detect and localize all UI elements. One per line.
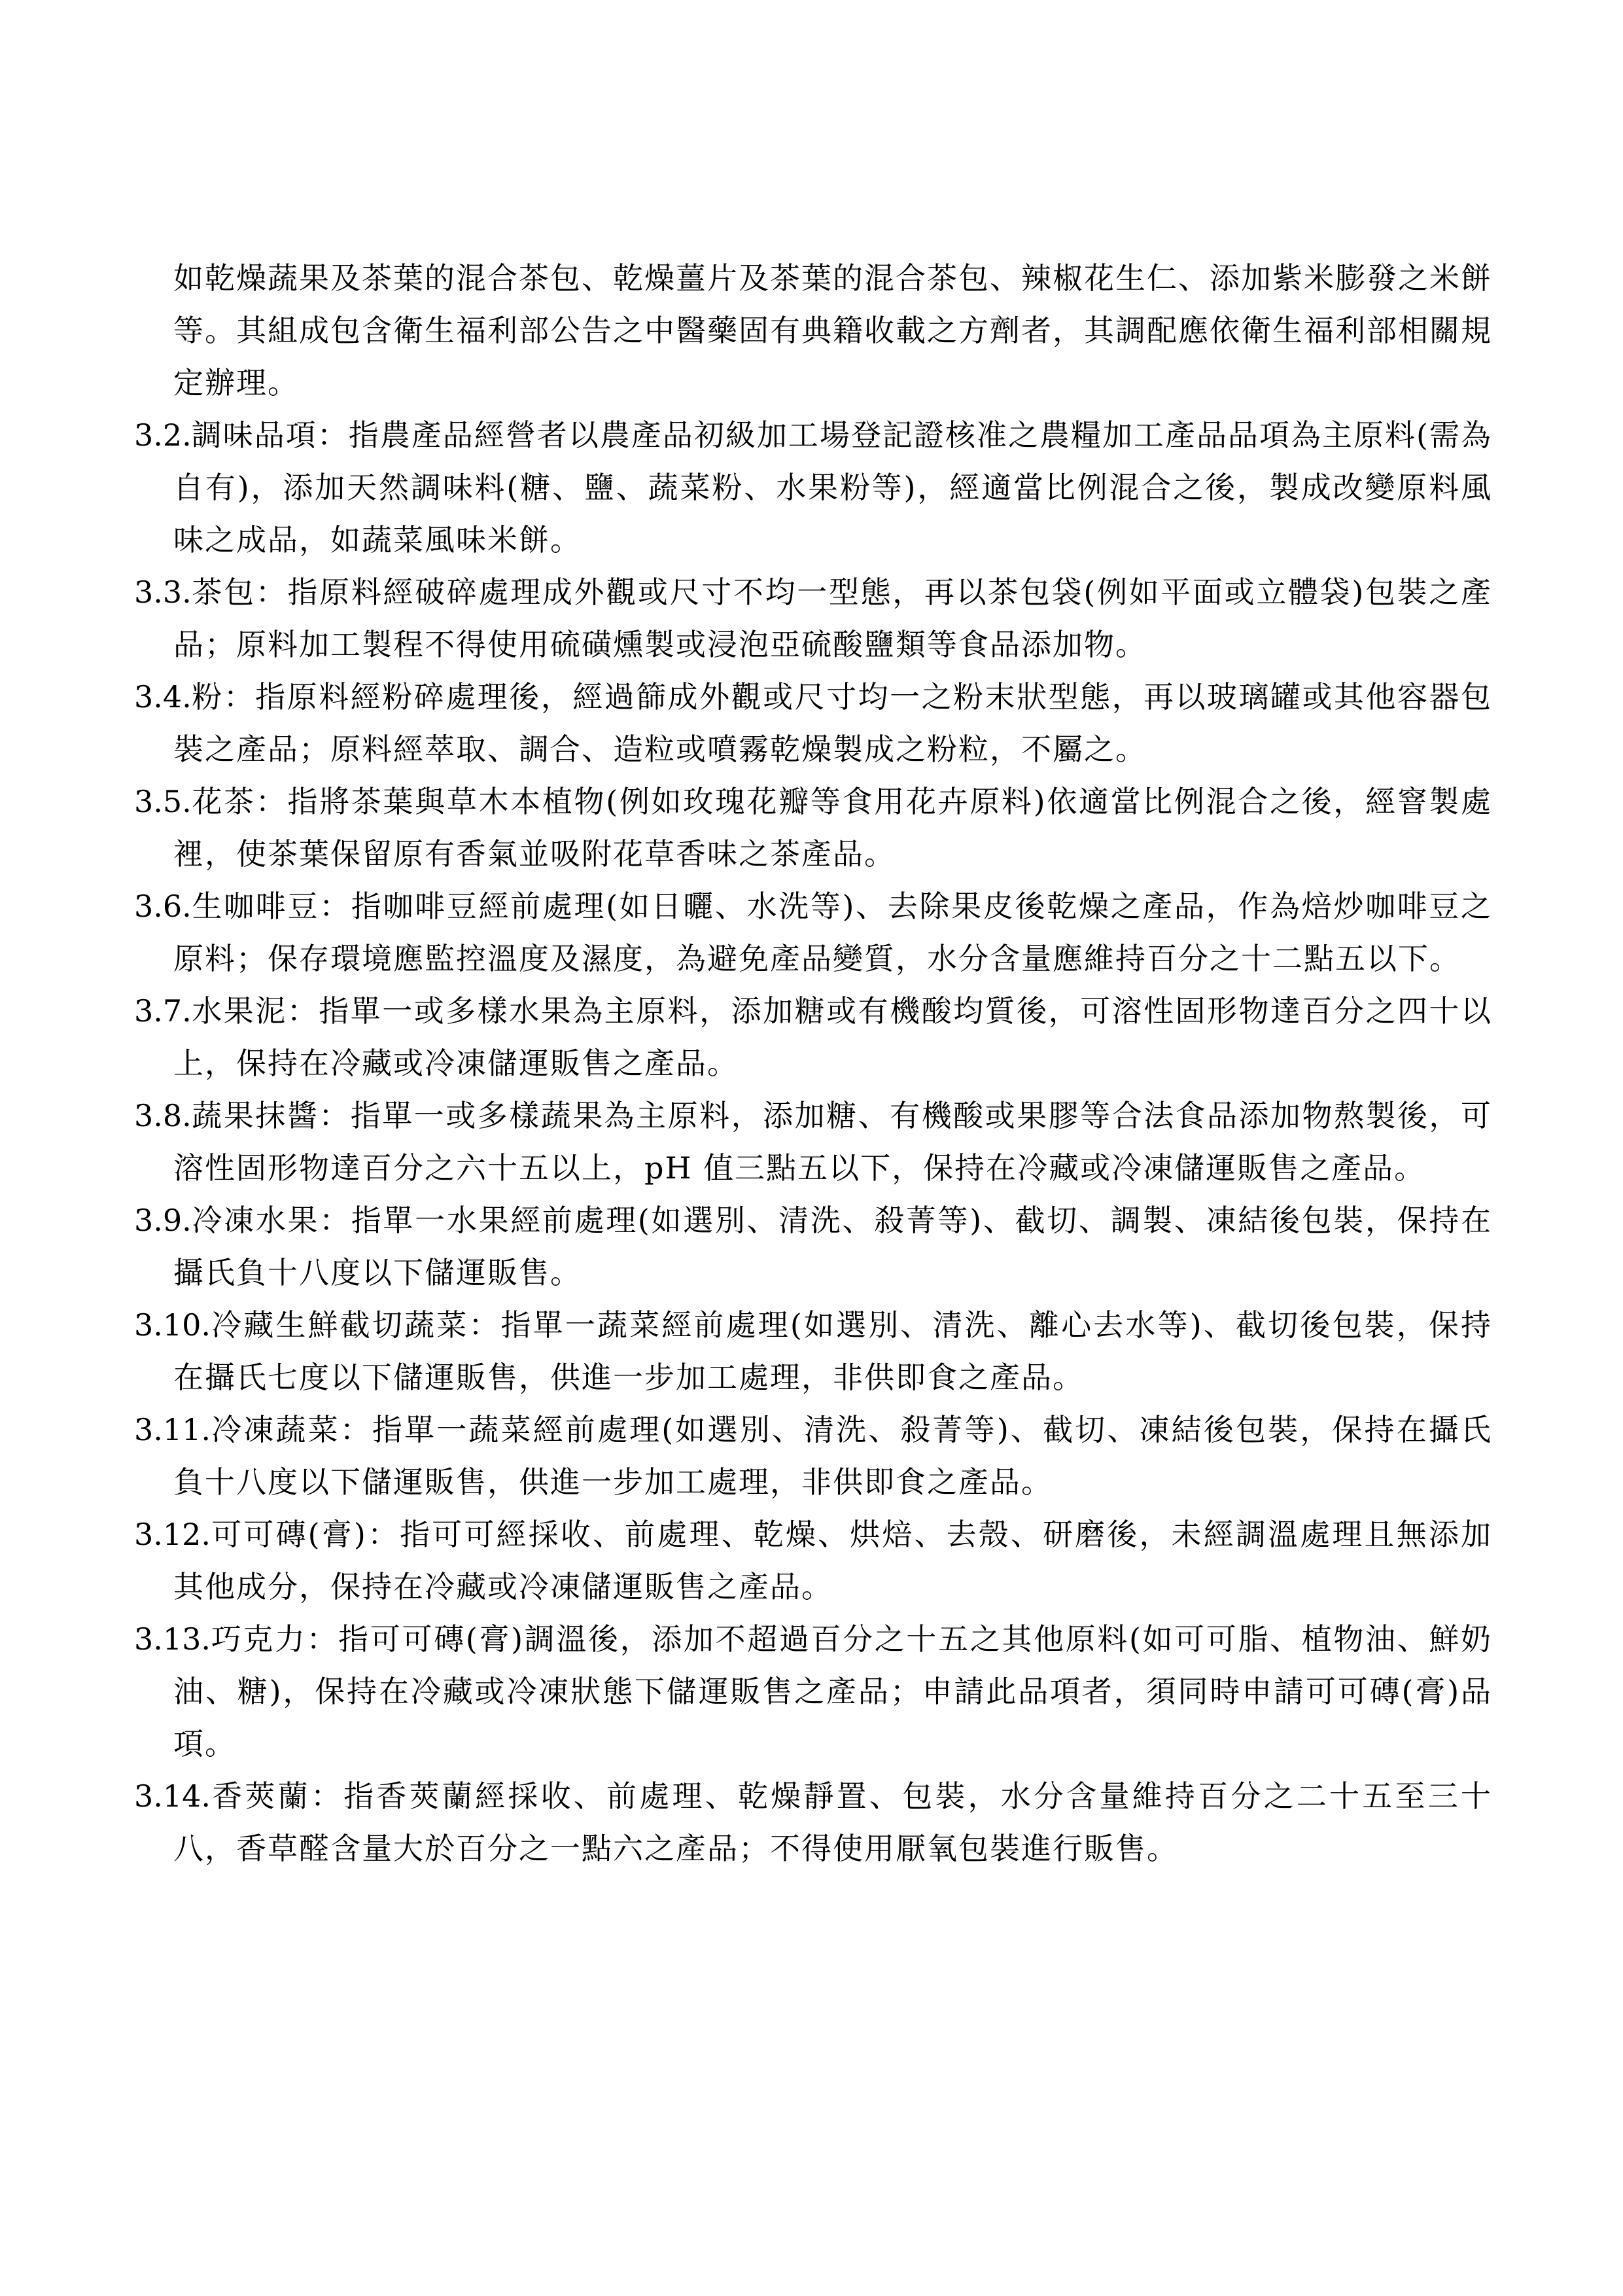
clause-number: 3.3. [134,574,192,610]
clause-text: 冷凍蔬菜：指單一蔬菜經前處理(如選別、清洗、殺菁等)、截切、凍結後包裝，保持在攝… [173,1412,1492,1500]
clause-text: 冷凍水果：指單一水果經前處理(如選別、清洗、殺菁等)、截切、調製、凍結後包裝，保… [173,1203,1492,1290]
clause-3-2: 3.2.調味品項：指農產品經營者以農產品初級加工場登記證核准之農糧加工產品品項為… [173,409,1492,566]
paragraph-continuation: 如乾燥蔬果及茶葉的混合茶包、乾燥薑片及茶葉的混合茶包、辣椒花生仁、添加紫米膨發之… [173,252,1492,409]
clause-3-13: 3.13.巧克力：指可可磚(膏)調溫後，添加不超過百分之十五之其他原料(如可可脂… [173,1613,1492,1770]
clause-number: 3.13. [134,1621,211,1657]
clause-3-9: 3.9.冷凍水果：指單一水果經前處理(如選別、清洗、殺菁等)、截切、調製、凍結後… [173,1194,1492,1299]
clause-number: 3.6. [134,889,192,924]
clause-number: 3.12. [134,1517,211,1552]
clause-3-7: 3.7.水果泥：指單一或多樣水果為主原料，添加糖或有機酸均質後，可溶性固形物達百… [173,985,1492,1089]
clause-text: 粉：指原料經粉碎處理後，經過篩成外觀或尺寸均一之粉末狀型態，再以玻璃罐或其他容器… [173,679,1492,767]
clause-text: 調味品項：指農產品經營者以農產品初級加工場登記證核准之農糧加工產品品項為主原料(… [173,417,1492,557]
clause-text: 巧克力：指可可磚(膏)調溫後，添加不超過百分之十五之其他原料(如可可脂、植物油、… [173,1621,1492,1761]
clause-number: 3.4. [134,679,192,715]
clause-3-10: 3.10.冷藏生鮮截切蔬菜：指單一蔬菜經前處理(如選別、清洗、離心去水等)、截切… [173,1299,1492,1404]
clause-3-3: 3.3.茶包：指原料經破碎處理成外觀或尺寸不均一型態，再以茶包袋(例如平面或立體… [173,566,1492,671]
clause-text: 香莢蘭：指香莢蘭經採收、前處理、乾燥靜置、包裝，水分含量維持百分之二十五至三十八… [173,1778,1492,1866]
document-page: 如乾燥蔬果及茶葉的混合茶包、乾燥薑片及茶葉的混合茶包、辣椒花生仁、添加紫米膨發之… [0,0,1623,2296]
clause-3-6: 3.6.生咖啡豆：指咖啡豆經前處理(如日曬、水洗等)、去除果皮後乾燥之產品，作為… [173,880,1492,985]
clause-number: 3.9. [134,1203,192,1238]
clause-text: 如乾燥蔬果及茶葉的混合茶包、乾燥薑片及茶葉的混合茶包、辣椒花生仁、添加紫米膨發之… [173,260,1492,400]
clause-3-4: 3.4.粉：指原料經粉碎處理後，經過篩成外觀或尺寸均一之粉末狀型態，再以玻璃罐或… [173,671,1492,775]
clause-text: 水果泥：指單一或多樣水果為主原料，添加糖或有機酸均質後，可溶性固形物達百分之四十… [173,993,1492,1081]
clause-text: 可可磚(膏)：指可可經採收、前處理、乾燥、烘焙、去殼、研磨後，未經調溫處理且無添… [173,1517,1492,1604]
clause-3-8: 3.8.蔬果抹醬：指單一或多樣蔬果為主原料，添加糖、有機酸或果膠等合法食品添加物… [173,1089,1492,1194]
clause-number: 3.7. [134,993,192,1029]
clause-number: 3.2. [134,417,192,453]
clause-number: 3.5. [134,784,192,819]
clause-number: 3.10. [134,1307,211,1343]
clause-3-5: 3.5.花茶：指將茶葉與草木本植物(例如玫瑰花瓣等食用花卉原料)依適當比例混合之… [173,775,1492,880]
document-body: 如乾燥蔬果及茶葉的混合茶包、乾燥薑片及茶葉的混合茶包、辣椒花生仁、添加紫米膨發之… [173,252,1492,1875]
clause-3-12: 3.12.可可磚(膏)：指可可經採收、前處理、乾燥、烘焙、去殼、研磨後，未經調溫… [173,1508,1492,1613]
clause-text: 生咖啡豆：指咖啡豆經前處理(如日曬、水洗等)、去除果皮後乾燥之產品，作為焙炒咖啡… [173,889,1492,976]
clause-number: 3.14. [134,1778,211,1814]
clause-text: 花茶：指將茶葉與草木本植物(例如玫瑰花瓣等食用花卉原料)依適當比例混合之後，經窨… [173,784,1492,872]
clause-text: 茶包：指原料經破碎處理成外觀或尺寸不均一型態，再以茶包袋(例如平面或立體袋)包裝… [173,574,1492,662]
clause-text: 冷藏生鮮截切蔬菜：指單一蔬菜經前處理(如選別、清洗、離心去水等)、截切後包裝，保… [173,1307,1492,1395]
clause-text: 蔬果抹醬：指單一或多樣蔬果為主原料，添加糖、有機酸或果膠等合法食品添加物熬製後，… [173,1098,1492,1186]
clause-3-11: 3.11.冷凍蔬菜：指單一蔬菜經前處理(如選別、清洗、殺菁等)、截切、凍結後包裝… [173,1404,1492,1508]
clause-3-14: 3.14.香莢蘭：指香莢蘭經採收、前處理、乾燥靜置、包裝，水分含量維持百分之二十… [173,1770,1492,1875]
clause-number: 3.8. [134,1098,192,1133]
clause-number: 3.11. [134,1412,211,1447]
